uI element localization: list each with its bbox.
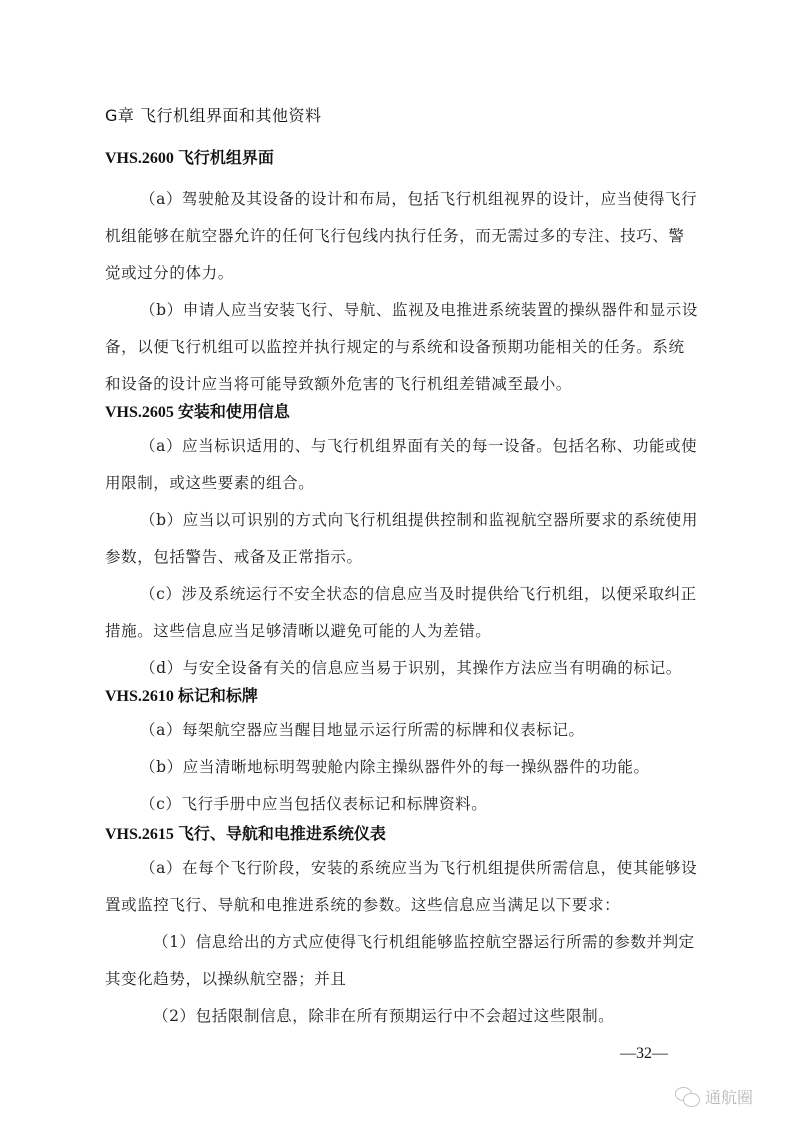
paragraph-line: （a）驾驶舱及其设备的设计和布局，包括飞行机组视界的设计，应当使得飞行 <box>140 187 705 209</box>
paragraph-line: （c）涉及系统运行不安全状态的信息应当及时提供给飞行机组，以便采取纠正 <box>140 582 740 604</box>
section-heading-2610: VHS.2610 标记和标牌 <box>105 683 258 706</box>
watermark: 通航圈 <box>675 1085 753 1108</box>
paragraph-line: 觉或过分的体力。 <box>105 261 705 283</box>
watermark-text: 通航圈 <box>705 1085 753 1108</box>
paragraph-line: （b）申请人应当安装飞行、导航、监视及电推进系统装置的操纵器件和显示设 <box>140 298 740 320</box>
paragraph-line: （d）与安全设备有关的信息应当易于识别，其操作方法应当有明确的标记。 <box>140 656 740 678</box>
paragraph-line: （c）飞行手册中应当包括仪表标记和标牌资料。 <box>140 792 740 814</box>
paragraph-line: 备，以便飞行机组可以监控并执行规定的与系统和设备预期功能相关的任务。系统 <box>105 335 705 357</box>
paragraph-line: （2）包括限制信息，除非在所有预期运行中不会超过这些限制。 <box>153 1004 753 1026</box>
paragraph-line: 和设备的设计应当将可能导致额外危害的飞行机组差错减至最小。 <box>105 372 705 394</box>
section-heading-2615: VHS.2615 飞行、导航和电推进系统仪表 <box>105 821 386 844</box>
paragraph-line: 机组能够在航空器允许的任何飞行包线内执行任务，而无需过多的专注、技巧、警 <box>105 224 705 246</box>
paragraph-line: （a）应当标识适用的、与飞行机组界面有关的每一设备。包括名称、功能或使 <box>140 434 740 456</box>
paragraph-line: 其变化趋势，以操纵航空器；并且 <box>105 967 705 989</box>
document-page: G章 飞行机组界面和其他资料 VHS.2600 飞行机组界面 （a）驾驶舱及其设… <box>0 0 800 1131</box>
paragraph-line: （a）每架航空器应当醒目地显示运行所需的标牌和仪表标记。 <box>140 718 740 740</box>
paragraph-line: 参数，包括警告、戒备及正常指示。 <box>105 545 705 567</box>
paragraph-line: 置或监控飞行、导航和电推进系统的参数。这些信息应当满足以下要求： <box>105 893 705 915</box>
section-heading-2600: VHS.2600 飞行机组界面 <box>105 145 274 168</box>
paragraph-line: （a）在每个飞行阶段，安装的系统应当为飞行机组提供所需信息，使其能够设 <box>140 856 740 878</box>
paragraph-line: （b）应当以可识别的方式向飞行机组提供控制和监视航空器所要求的系统使用 <box>140 508 740 530</box>
paragraph-line: （1）信息给出的方式应使得飞行机组能够监控航空器运行所需的参数并判定 <box>153 930 753 952</box>
wechat-icon <box>675 1087 701 1107</box>
page-number: —32— <box>620 1045 668 1063</box>
paragraph-line: 用限制，或这些要素的组合。 <box>105 471 705 493</box>
paragraph-line: 措施。这些信息应当足够清晰以避免可能的人为差错。 <box>105 619 705 641</box>
chapter-title: G章 飞行机组界面和其他资料 <box>105 103 322 126</box>
section-heading-2605: VHS.2605 安装和使用信息 <box>105 399 290 422</box>
paragraph-line: （b）应当清晰地标明驾驶舱内除主操纵器件外的每一操纵器件的功能。 <box>140 755 740 777</box>
